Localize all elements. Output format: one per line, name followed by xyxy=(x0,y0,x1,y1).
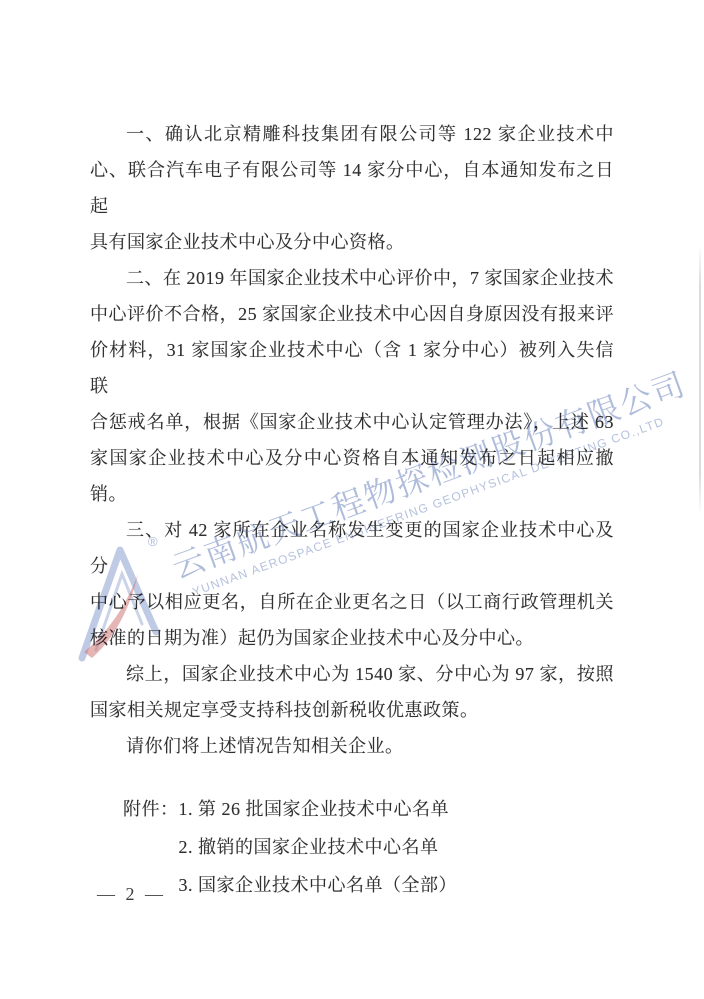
scan-edge-artifact xyxy=(699,245,701,515)
document-line: 心、联合汽车电子有限公司等 14 家分中心，自本通知发布之日起 xyxy=(90,152,614,224)
document-line: 国家相关规定享受支持科技创新税收优惠政策。 xyxy=(90,692,614,728)
document-body: 一、确认北京精雕科技集团有限公司等 122 家企业技术中心、联合汽车电子有限公司… xyxy=(90,116,614,904)
paragraphs-container: 一、确认北京精雕科技集团有限公司等 122 家企业技术中心、联合汽车电子有限公司… xyxy=(90,116,614,764)
attachments-list: 1. 第 26 批国家企业技术中心名单2. 撤销的国家企业技术中心名单3. 国家… xyxy=(179,790,458,904)
document-line: 价材料，31 家国家企业技术中心（含 1 家分中心）被列入失信联 xyxy=(90,332,614,404)
document-line: 核准的日期为准）起仍为国家企业技术中心及分中心。 xyxy=(90,620,614,656)
document-line: 三、对 42 家所在企业名称发生变更的国家企业技术中心及分 xyxy=(90,512,614,584)
document-line: 具有国家企业技术中心及分中心资格。 xyxy=(90,224,614,260)
attachments-label: 附件： xyxy=(123,790,179,828)
document-line: 二、在 2019 年国家企业技术中心评价中，7 家国家企业技术 xyxy=(90,260,614,296)
attachments-block: 附件： 1. 第 26 批国家企业技术中心名单2. 撤销的国家企业技术中心名单3… xyxy=(90,790,614,904)
paragraph-3: 三、对 42 家所在企业名称发生变更的国家企业技术中心及分中心予以相应更名，自所… xyxy=(90,512,614,656)
document-page: 一、确认北京精雕科技集团有限公司等 122 家企业技术中心、联合汽车电子有限公司… xyxy=(0,0,704,999)
paragraph-2: 二、在 2019 年国家企业技术中心评价中，7 家国家企业技术中心评价不合格，2… xyxy=(90,260,614,512)
document-line: 合惩戒名单，根据《国家企业技术中心认定管理办法》，上述 63 xyxy=(90,404,614,440)
attachment-item: 1. 第 26 批国家企业技术中心名单 xyxy=(179,790,458,828)
document-line: 中心予以相应更名，自所在企业更名之日（以工商行政管理机关 xyxy=(90,584,614,620)
document-line: 请你们将上述情况告知相关企业。 xyxy=(90,728,614,764)
paragraph-4: 综上，国家企业技术中心为 1540 家、分中心为 97 家，按照国家相关规定享受… xyxy=(90,656,614,728)
attachment-item: 2. 撤销的国家企业技术中心名单 xyxy=(179,828,458,866)
document-line: 销。 xyxy=(90,476,614,512)
document-line: 综上，国家企业技术中心为 1540 家、分中心为 97 家，按照 xyxy=(90,656,614,692)
document-line: 中心评价不合格，25 家国家企业技术中心因自身原因没有报来评 xyxy=(90,296,614,332)
attachment-item: 3. 国家企业技术中心名单（全部） xyxy=(179,866,458,904)
paragraph-1: 一、确认北京精雕科技集团有限公司等 122 家企业技术中心、联合汽车电子有限公司… xyxy=(90,116,614,260)
document-line: 一、确认北京精雕科技集团有限公司等 122 家企业技术中 xyxy=(90,116,614,152)
paragraph-5: 请你们将上述情况告知相关企业。 xyxy=(90,728,614,764)
page-number: — 2 — xyxy=(97,884,166,905)
document-line: 家国家企业技术中心及分中心资格自本通知发布之日起相应撤 xyxy=(90,440,614,476)
